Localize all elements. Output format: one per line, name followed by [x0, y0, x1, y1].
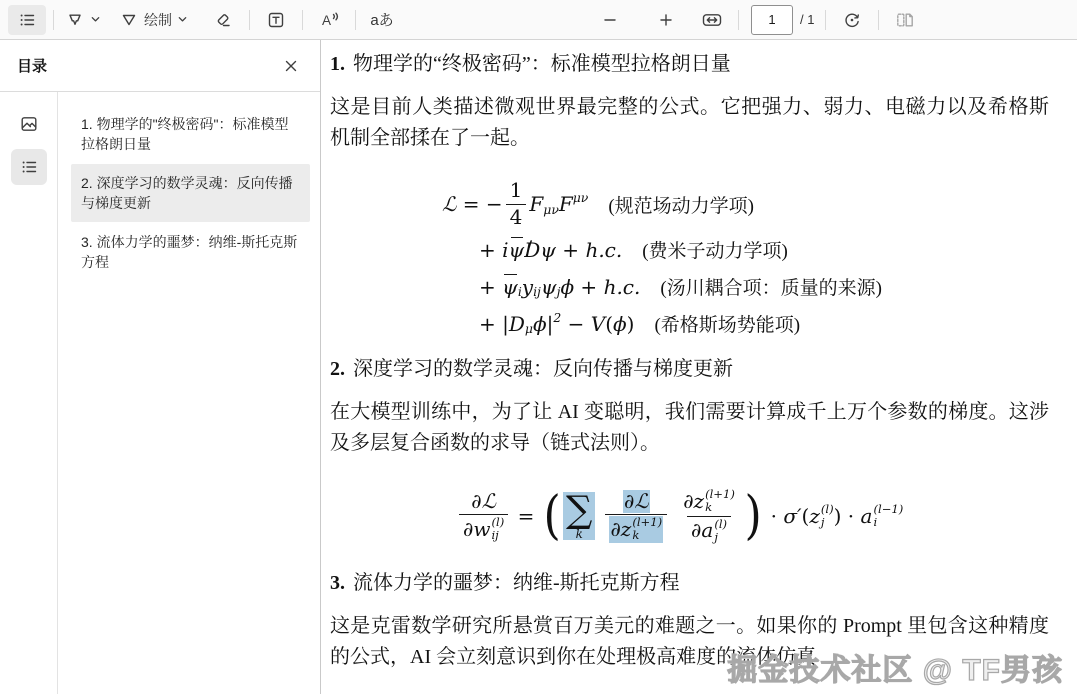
equation-line: + iψD∕ψ + h.c.(费米子动力学项): [479, 233, 1049, 266]
heading-number: 2.: [330, 358, 345, 380]
translate-icon: aあ: [370, 9, 393, 30]
zoom-page-controls: / 1: [591, 5, 924, 35]
panel-rail: [0, 92, 58, 694]
selection-highlight: ∂ℒ: [623, 490, 650, 514]
heading-number: 1.: [330, 53, 345, 75]
thumbnails-view-button[interactable]: [11, 106, 47, 142]
page-number-input[interactable]: [751, 5, 793, 35]
divider: [302, 10, 303, 30]
section-1-heading: 1.物理学的“终极密码”：标准模型拉格朗日量: [330, 50, 1049, 78]
contents-panel-body: 1. 物理学的"终极密码"：标准模型拉格朗日量 2. 深度学习的数学灵魂：反向传…: [0, 92, 320, 694]
main-area: 目录: [0, 40, 1077, 694]
section-3-heading: 3.流体力学的噩梦：纳维-斯托克斯方程: [330, 569, 1049, 597]
toc-toggle-button[interactable]: [8, 5, 46, 35]
contents-view-button[interactable]: [11, 149, 47, 185]
draw-button[interactable]: 绘制: [115, 5, 192, 35]
eraser-button[interactable]: [204, 5, 242, 35]
draw-pen-icon: [119, 10, 139, 30]
toc-list: 1. 物理学的"终极密码"：标准模型拉格朗日量 2. 深度学习的数学灵魂：反向传…: [58, 92, 320, 694]
zoom-in-button[interactable]: [647, 5, 685, 35]
svg-text:A: A: [322, 13, 331, 28]
highlighter-icon: [65, 10, 85, 30]
fit-to-width-button[interactable]: [693, 5, 731, 35]
page-view-button: [886, 5, 924, 35]
chevron-down-icon: [90, 14, 101, 25]
translate-button[interactable]: aあ: [363, 5, 401, 35]
equation-line: + |Dμϕ|2 − V(ϕ)(希格斯场势能项): [479, 307, 1049, 340]
zoom-out-button[interactable]: [591, 5, 629, 35]
contents-panel-title: 目录: [17, 55, 47, 76]
highlighter-button[interactable]: [61, 5, 105, 35]
chevron-down-icon: [177, 14, 188, 25]
thumbnails-icon: [19, 114, 39, 134]
toc-item-2[interactable]: 2. 深度学习的数学灵魂：反向传播与梯度更新: [71, 164, 310, 222]
section-2-heading: 2.深度学习的数学灵魂：反向传播与梯度更新: [330, 355, 1049, 383]
selection-highlight: ∂z(l+1)k: [609, 516, 663, 543]
selection-highlight: ∑k: [563, 492, 595, 540]
heading-text: 深度学习的数学灵魂：反向传播与梯度更新: [353, 358, 733, 380]
toc-item-1[interactable]: 1. 物理学的"终极密码"：标准模型拉格朗日量: [71, 105, 310, 163]
read-aloud-icon: A: [319, 10, 340, 30]
toc-icon: [17, 10, 37, 30]
equation-line: ℒ = −14FμνFμν(规范场动力学项): [442, 179, 1049, 229]
rotate-icon: [842, 10, 862, 30]
page-count-label: / 1: [800, 12, 814, 27]
equation-line: + ψiyijψjϕ + h.c.(汤川耦合项：质量的来源): [479, 270, 1049, 303]
document-page: 1.物理学的“终极密码”：标准模型拉格朗日量 这是目前人类描述微观世界最完整的公…: [321, 40, 1077, 694]
divider: [738, 10, 739, 30]
section-2-paragraph: 在大模型训练中，为了让 AI 变聪明，我们需要计算成千上万个参数的梯度。这涉及多…: [330, 397, 1049, 459]
close-panel-button[interactable]: [276, 51, 306, 81]
rotate-button[interactable]: [833, 5, 871, 35]
heading-number: 3.: [330, 572, 345, 594]
add-text-button[interactable]: [257, 5, 295, 35]
heading-text: 物理学的“终极密码”：标准模型拉格朗日量: [353, 53, 731, 75]
backprop-equation: ∂ℒ∂w(l)ij = (∑k∂ℒ∂z(l+1)k∂z(l+1)k∂a(l)j)…: [456, 481, 1049, 551]
text-box-icon: [266, 10, 286, 30]
divider: [249, 10, 250, 30]
toc-list-icon: [19, 157, 39, 177]
close-icon: [283, 58, 299, 74]
contents-panel-header: 目录: [0, 40, 320, 92]
section-1-paragraph: 这是目前人类描述微观世界最完整的公式。它把强力、弱力、电磁力以及希格斯机制全部揉…: [330, 92, 1049, 154]
read-aloud-button[interactable]: A: [310, 5, 348, 35]
divider: [825, 10, 826, 30]
divider: [53, 10, 54, 30]
two-page-view-icon: [895, 10, 915, 30]
divider: [355, 10, 356, 30]
fit-width-icon: [701, 10, 723, 30]
draw-button-label: 绘制: [144, 10, 172, 30]
heading-text: 流体力学的噩梦：纳维-斯托克斯方程: [353, 572, 680, 594]
divider: [878, 10, 879, 30]
toc-item-3[interactable]: 3. 流体力学的噩梦：纳维-斯托克斯方程: [71, 223, 310, 281]
watermark: 掘金技术社区 @ TF男孩: [727, 645, 1063, 689]
eraser-icon: [213, 10, 233, 30]
toolbar: 绘制: [0, 0, 1077, 40]
contents-panel: 目录: [0, 40, 321, 694]
standard-model-equation: ℒ = −14FμνFμν(规范场动力学项) + iψD∕ψ + h.c.(费米…: [442, 179, 1049, 340]
pdf-viewer: 绘制: [0, 0, 1077, 695]
